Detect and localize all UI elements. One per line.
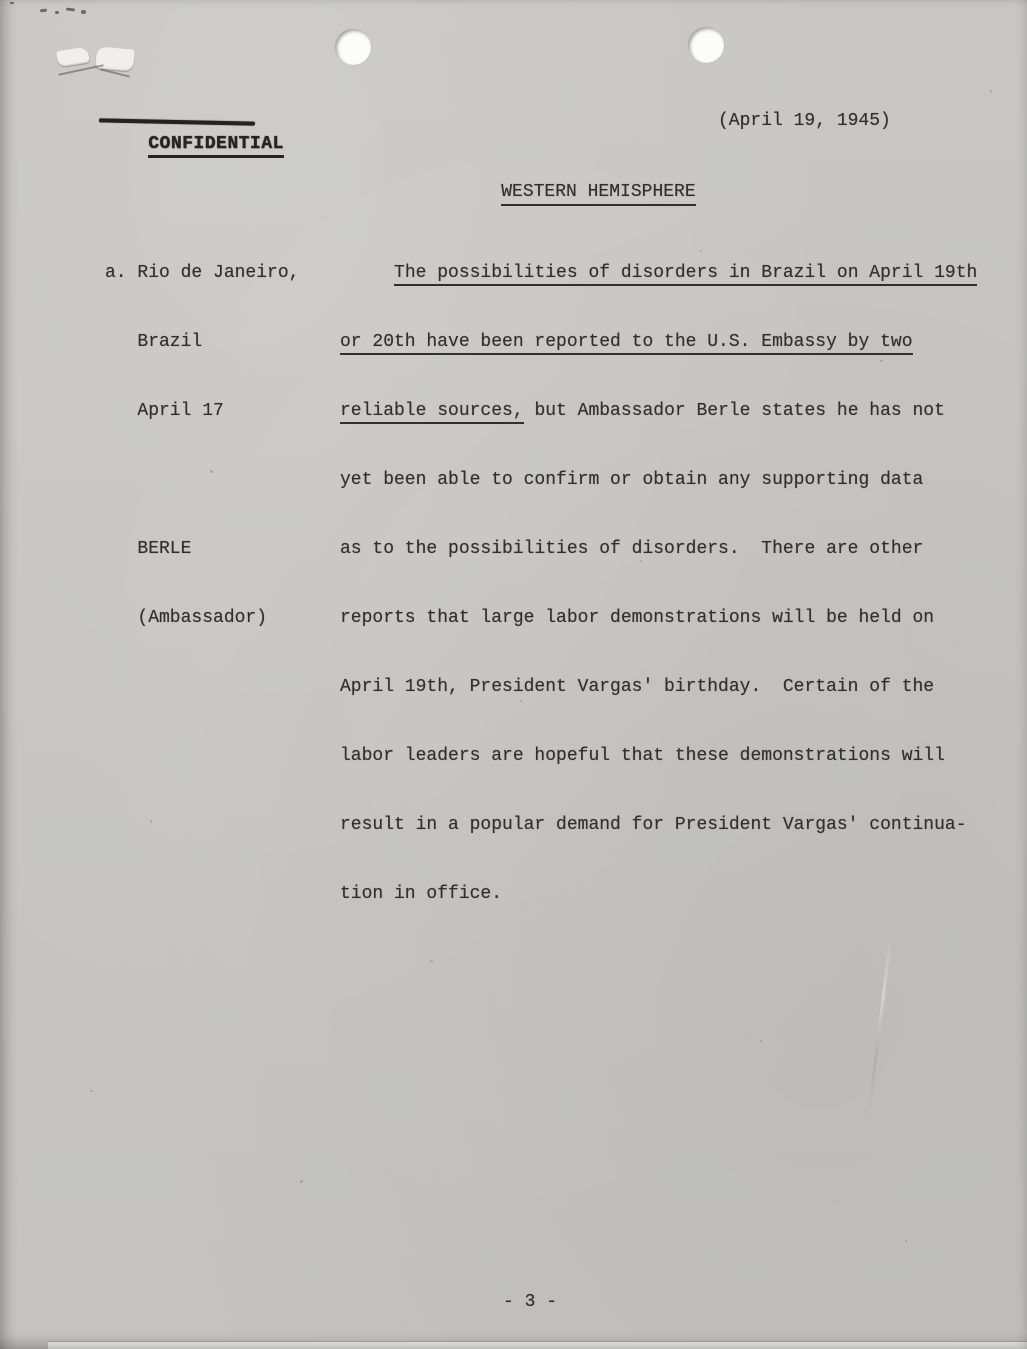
date-line: (April 19, 1945) — [718, 110, 891, 133]
source-line-country: Brazil — [105, 331, 355, 354]
paper-crease — [867, 936, 893, 1120]
source-line-author: BERLE — [105, 538, 355, 561]
paragraph-line: reliable sources, but Ambassador Berle s… — [340, 400, 980, 423]
pencil-scuff-mark — [81, 10, 86, 14]
paragraph-line: labor leaders are hopeful that these dem… — [340, 745, 980, 768]
punch-hole-right — [688, 27, 724, 63]
classification-text: CONFIDENTIAL — [148, 134, 284, 158]
document-title-text: WESTERN HEMISPHERE — [501, 182, 695, 206]
pencil-scuff-mark — [55, 11, 59, 14]
pencil-scuff-mark — [10, 2, 14, 4]
paragraph-line: as to the possibilities of disorders. Th… — [340, 538, 980, 561]
source-line-date: April 17 — [105, 400, 355, 423]
pencil-scuff-mark — [66, 8, 75, 12]
paper-speckle — [150, 820, 152, 823]
pencil-scuff-mark — [40, 9, 47, 13]
paper-speckle — [760, 1040, 762, 1042]
paragraph-line: reports that large labor demonstrations … — [340, 607, 980, 630]
paragraph-line: April 19th, President Vargas' birthday. … — [340, 676, 980, 699]
source-line-author-title: (Ambassador) — [105, 607, 355, 630]
paragraph-line: or 20th have been reported to the U.S. E… — [340, 331, 980, 354]
paragraph-line: result in a popular demand for President… — [340, 814, 980, 837]
paper-speckle — [990, 90, 992, 93]
scan-bottom-edge — [48, 1341, 1027, 1349]
document-page: CONFIDENTIAL (April 19, 1945) WESTERN HE… — [0, 0, 1027, 1349]
paper-speckle — [430, 960, 433, 962]
paper-tear-mark — [56, 47, 90, 68]
source-line-location: a. Rio de Janeiro, — [105, 262, 355, 285]
entry-body-paragraph: The possibilities of disorders in Brazil… — [340, 216, 980, 952]
source-line-blank — [105, 469, 355, 492]
paper-speckle — [905, 1240, 907, 1242]
paragraph-line: yet been able to confirm or obtain any s… — [340, 469, 980, 492]
page-number: - 3 - — [503, 1291, 557, 1314]
paragraph-line: tion in office. — [340, 883, 980, 906]
punch-hole-left — [335, 29, 371, 65]
paragraph-line: The possibilities of disorders in Brazil… — [340, 262, 980, 285]
paper-speckle — [300, 1180, 303, 1183]
entry-source-block: a. Rio de Janeiro, Brazil April 17 BERLE… — [105, 216, 355, 676]
paper-speckle — [90, 1090, 93, 1092]
